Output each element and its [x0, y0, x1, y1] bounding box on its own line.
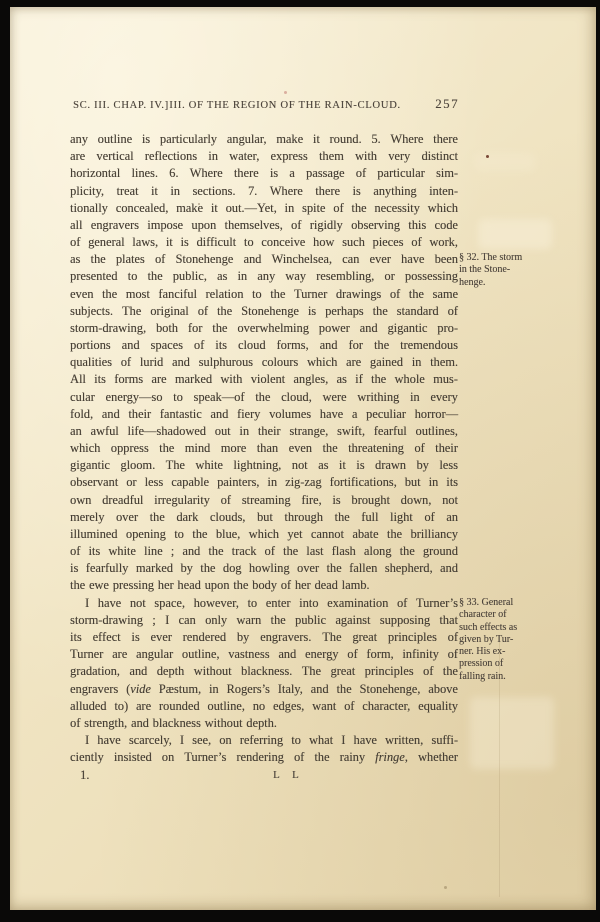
text-line: ofstrength,andblacknesswithoutdepth.	[70, 715, 458, 732]
header-chapter-label: SC. III. CHAP. IV.]	[73, 100, 169, 111]
text-line: fold,andtheirfantasticandfieryvolumeshav…	[70, 406, 458, 423]
text-line: isfearfullymarkedbythedoghowlingoverthef…	[70, 560, 458, 577]
text-line: Turnerareangularoutline,vastnessandenerg…	[70, 646, 458, 663]
text-line: plicity,treatitinsections.7.Wherethereis…	[70, 183, 458, 200]
bleedthrough-patch	[470, 697, 554, 769]
paper-speck	[486, 155, 489, 158]
body-text: anyoutlineisparticularlyangular,makeitro…	[70, 131, 458, 785]
page-number: 257	[435, 97, 459, 112]
footer-volume-number: 1.	[80, 767, 89, 784]
text-line: Ihavenotspace,however,toenterintoexamina…	[70, 595, 458, 612]
text-line: anyoutlineisparticularlyangular,makeitro…	[70, 131, 458, 148]
sidenote-33: § 33. Generalcharacter ofsuch effects as…	[459, 597, 555, 683]
text-line: areverticalreflectionsinwater,expressthe…	[70, 148, 458, 165]
text-line: giganticgloom.Thewhitelightning,notasiti…	[70, 457, 458, 474]
text-line: eventhemostfancifulrelationtotheTurnerdr…	[70, 286, 458, 303]
text-line: storm-drawing;Icanonlywarnthepublicagain…	[70, 612, 458, 629]
text-line: astheplatesofStonehengeandWinchelsea,can…	[70, 251, 458, 268]
text-line: engravers(videPæstum,inRogers’sItaly,and…	[70, 681, 458, 698]
paper-speck	[284, 91, 287, 94]
text-line: Allitsformsaremarkedwithviolentangles,as…	[70, 371, 458, 388]
sidenote-line: falling rain.	[459, 671, 555, 683]
text-line: horizontallines.6.Wherethereisapassageof…	[70, 165, 458, 182]
text-line: theewepressingherheaduponthebodyofherdea…	[70, 577, 458, 594]
sidenote-line: such effects as	[459, 622, 555, 634]
paper-speck	[444, 886, 447, 889]
text-line: tionallyconcealed,makeitout.—Yet,inspite…	[70, 200, 458, 217]
printers-signature: L L	[273, 767, 304, 784]
sidenote-line: ner. His ex-	[459, 646, 555, 658]
paper-speck	[198, 203, 200, 205]
text-line: cularenergy—sotospeak—ofthecloud,werewri…	[70, 389, 458, 406]
text-line: anawfullife—shadowedoutintheirstrange,sw…	[70, 423, 458, 440]
text-line: owndreadfulirregularityofstreamingfire,i…	[70, 492, 458, 509]
paragraph: Ihavescarcely,Isee,onreferringtowhatIhav…	[70, 732, 458, 766]
text-line: itseffectiseverrenderedbyengravers.Thegr…	[70, 629, 458, 646]
sidenote-line: § 33. General	[459, 597, 555, 609]
bleedthrough-patch	[475, 153, 535, 171]
scan-background: { "document": { "header": { "left": "SC.…	[0, 0, 600, 922]
text-line: merelyoverthedarkclouds,butthroughtheful…	[70, 509, 458, 526]
text-line: qualitiesofluridandsulphurouscolourswhic…	[70, 354, 458, 371]
text-line: ofitswhiteline;andthetrackofthelastflash…	[70, 543, 458, 560]
book-page: SC. III. CHAP. IV.] III. OF THE REGION O…	[10, 7, 596, 910]
text-line: cientlyinsistedonTurner’srenderingofther…	[70, 749, 458, 766]
text-line: Ihavescarcely,Isee,onreferringtowhatIhav…	[70, 732, 458, 749]
sidenote-line: given by Tur-	[459, 634, 555, 646]
sidenote-line: character of	[459, 609, 555, 621]
text-line: ofgenerallaws,itisdifficulttoconceivehow…	[70, 234, 458, 251]
text-line: storm-drawing,bothfortheoverwhelmingpowe…	[70, 320, 458, 337]
sidenote-line: pression of	[459, 658, 555, 670]
paragraph: Ihavenotspace,however,toenterintoexamina…	[70, 595, 458, 732]
running-header: SC. III. CHAP. IV.] III. OF THE REGION O…	[73, 97, 459, 112]
text-line: subjects.TheoriginaloftheStonehengeisper…	[70, 303, 458, 320]
header-section-title: III. OF THE REGION OF THE RAIN-CLOUD.	[169, 100, 401, 111]
text-line: presentedtothepublic,asinanywayresemblin…	[70, 268, 458, 285]
sidenote-line: henge.	[459, 277, 555, 289]
sidenote-line: in the Stone-	[459, 264, 555, 276]
text-line: observantorlesscapablepainters,inzig-zag…	[70, 474, 458, 491]
text-line: whichoppressthemindmorethaneventhethreat…	[70, 440, 458, 457]
text-line: allengraversimposeuponthemselves,ofrigid…	[70, 217, 458, 234]
paragraph: anyoutlineisparticularlyangular,makeitro…	[70, 131, 458, 595]
text-line: portionsandspacesofitscloudforms,andfort…	[70, 337, 458, 354]
sidenote-line: § 32. The storm	[459, 252, 555, 264]
bleedthrough-patch	[478, 219, 552, 249]
paper-fold-line	[499, 642, 500, 897]
text-line: illuminedopeningtotheblue,whichyetcannot…	[70, 526, 458, 543]
sidenote-32: § 32. The stormin the Stone-henge.	[459, 252, 555, 289]
text-line: gradation,anddepthwithoutblackness.Thegr…	[70, 663, 458, 680]
text-line: alludedto)areroundedoutline,noedges,want…	[70, 698, 458, 715]
page-footer: 1. L L	[70, 767, 458, 784]
